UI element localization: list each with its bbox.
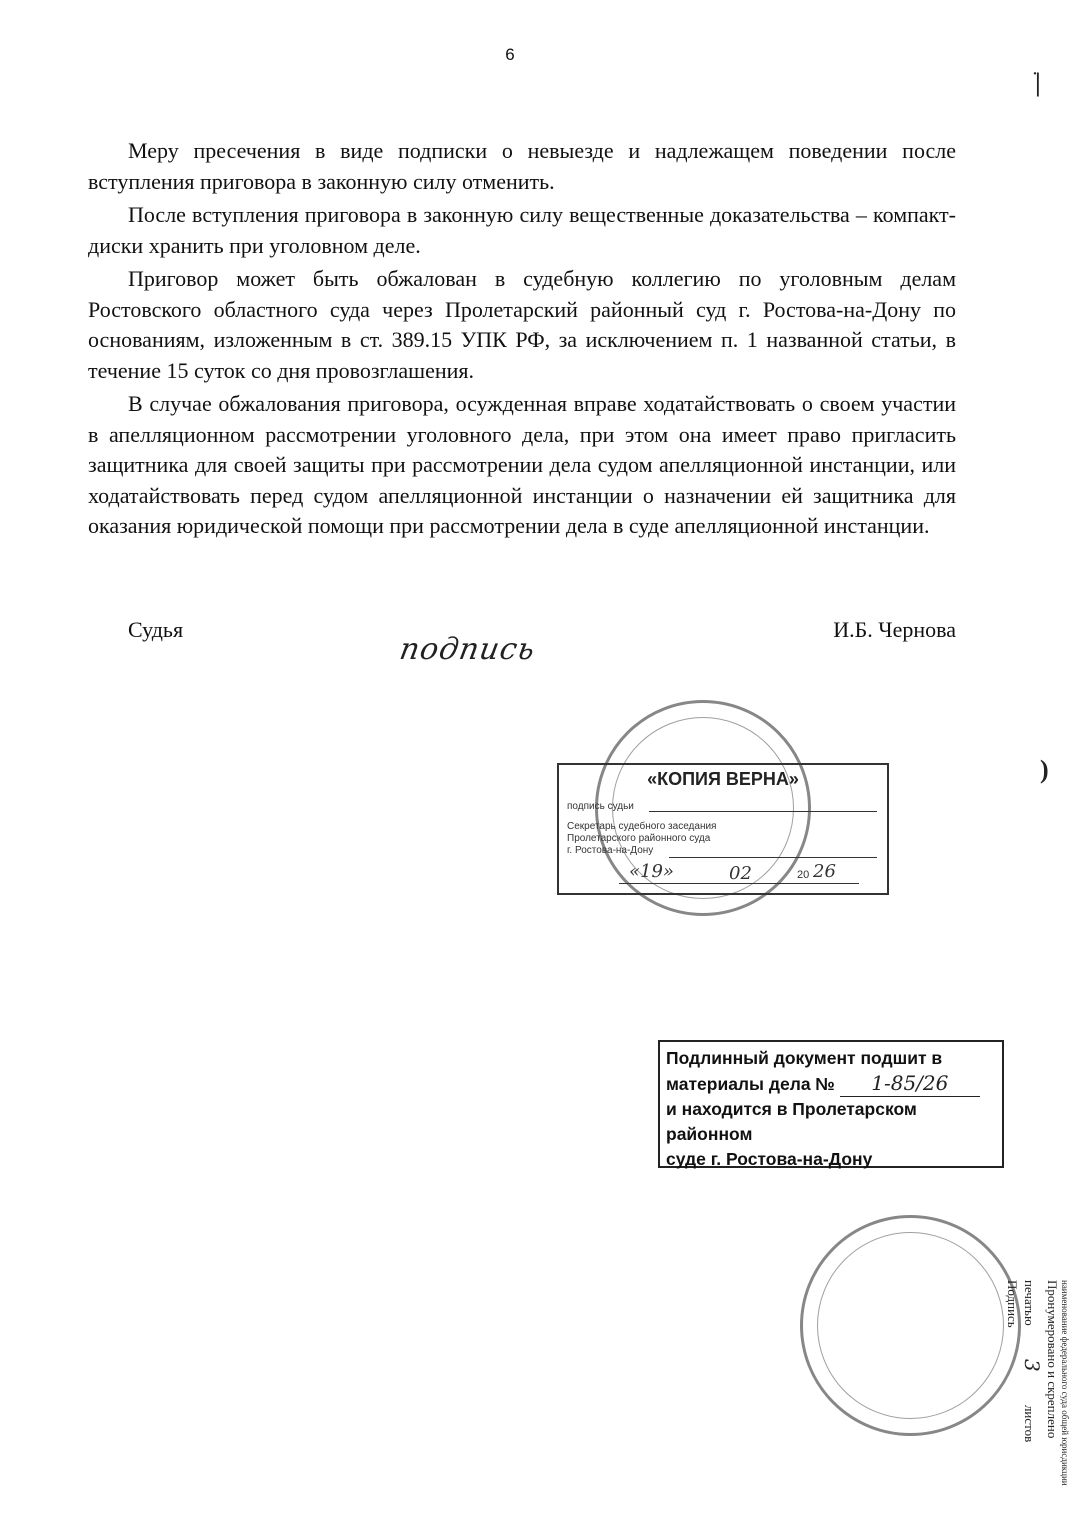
judge-label: Судья [128,617,183,643]
case-number: 1-85/26 [840,1071,980,1097]
binding-stamp: наименование федерального суда общей юри… [1004,1280,1070,1532]
binding-court-label: наименование федерального суда общей юри… [1060,1280,1070,1532]
paragraph-measure: Меру пресечения в виде подписки о невыез… [88,136,956,197]
margin-mark: ׁ| [1035,68,1041,98]
original-stamp-line2: материалы дела № 1-85/26 [666,1071,996,1097]
original-stamp-line4: суде г. Ростова-на-Дону [666,1147,996,1172]
binding-sheets: печатью 3 листов [1020,1280,1044,1532]
signature-line [649,811,877,812]
date-year: 26 [813,861,836,882]
binding-signature-label: Подпись [1004,1280,1020,1532]
case-number-label: материалы дела № [666,1074,835,1094]
court-seal-icon [800,1215,1021,1436]
margin-mark: ) [1040,755,1049,785]
judge-signature-label: подпись судьи [567,801,634,812]
paragraph-appeal: Приговор может быть обжалован в судебную… [88,264,956,386]
copy-verified-stamp: «КОПИЯ ВЕРНА» подпись судьи Секретарь су… [557,763,889,895]
paragraph-participation: В случае обжалования приговора, осужденн… [88,389,956,542]
document-body: Меру пресечения в виде подписки о невыез… [88,136,956,545]
judge-name: И.Б. Чернова [833,617,956,643]
city-label: г. Ростова-на-Дону [567,845,653,856]
binding-title: Пронумеровано и скреплено [1044,1280,1060,1532]
court-label: Пролетарского районного суда [567,833,710,844]
handwritten-signature: подпись [397,632,538,667]
page-number: 6 [0,45,1020,65]
secretary-label: Секретарь судебного заседания [567,821,716,832]
original-stamp-line3: и находится в Пролетарском районном [666,1097,996,1147]
original-stamp-line1: Подлинный документ подшит в [666,1046,996,1071]
date-month: 02 [729,863,752,884]
date-year-prefix: 20 [797,869,809,881]
date-day: «19» [629,861,674,882]
paragraph-evidence: После вступления приговора в законную си… [88,200,956,261]
sheet-count: 3 [1020,1359,1044,1372]
secretary-signature-line [669,857,877,858]
date-line [619,883,859,884]
copy-stamp-title: «КОПИЯ ВЕРНА» [559,769,887,790]
original-document-stamp: Подлинный документ подшит в материалы де… [658,1040,1004,1168]
